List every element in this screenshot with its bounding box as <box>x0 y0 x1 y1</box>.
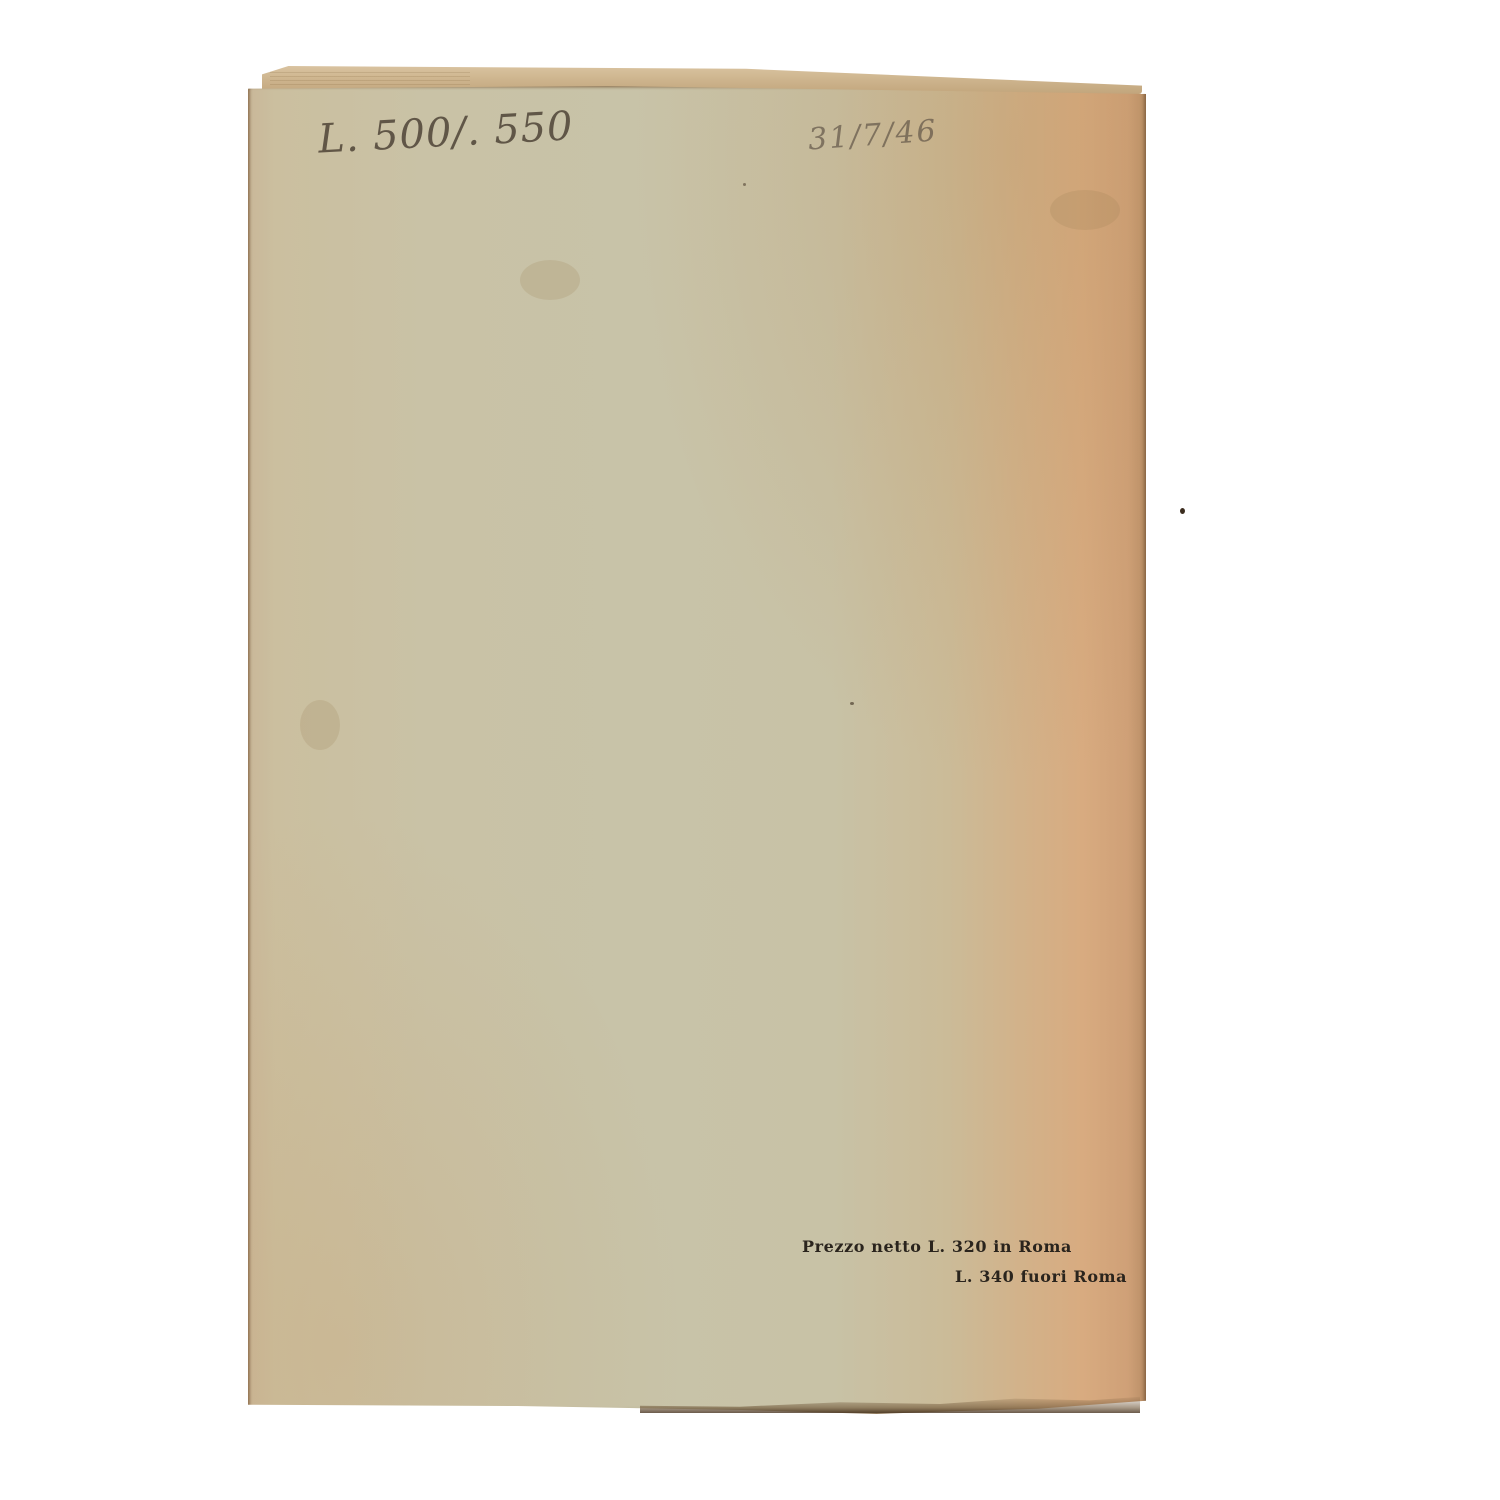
paper-speck <box>850 702 854 705</box>
paper-speck <box>743 183 746 186</box>
back-cover <box>248 86 1146 1414</box>
paper-stain <box>1050 190 1120 230</box>
paper-speck <box>1180 508 1185 514</box>
photo-stage: L. 500/. 550 31/7/46 Prezzo netto L. 320… <box>0 0 1500 1500</box>
paper-stain <box>520 260 580 300</box>
paper-stain <box>300 700 340 750</box>
price-rome: Prezzo netto L. 320 in Roma <box>802 1232 1122 1262</box>
page-edge-lines <box>270 72 470 86</box>
price-outside-rome: L. 340 fuori Roma <box>802 1262 1122 1292</box>
printed-price-block: Prezzo netto L. 320 in Roma L. 340 fuori… <box>802 1232 1122 1292</box>
